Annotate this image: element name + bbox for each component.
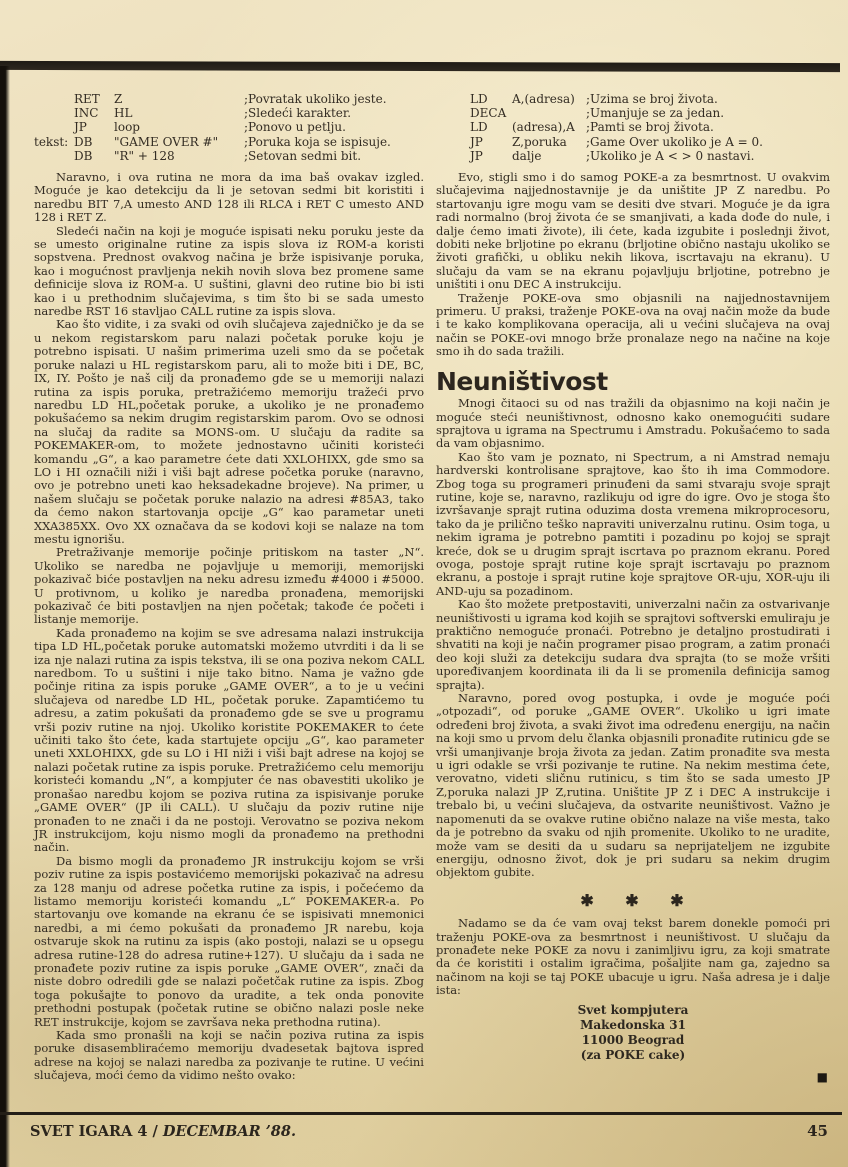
code-mnemonic: DECA bbox=[470, 106, 512, 120]
code-operand: dalje bbox=[512, 149, 586, 163]
binding-shadow-bar bbox=[0, 66, 10, 1167]
body-paragraph: Kao što vam je poznato, ni Spectrum, a n… bbox=[436, 451, 830, 598]
code-comment: ;Game Over ukoliko je A = 0. bbox=[586, 135, 830, 149]
top-rule bbox=[0, 61, 840, 72]
footer-issue-date: DECEMBAR ’88. bbox=[163, 1123, 296, 1140]
address-line: Svet kompjutera bbox=[436, 1003, 830, 1018]
code-operand bbox=[512, 106, 586, 120]
code-mnemonic: RET bbox=[74, 92, 114, 106]
body-paragraph: Naravno, i ova rutina ne mora da ima baš… bbox=[34, 171, 424, 225]
body-paragraph: Kao što možete pretpostaviti, univerzaln… bbox=[436, 598, 830, 692]
code-operand: "R" + 128 bbox=[114, 149, 244, 163]
code-row: DB "R" + 128 ;Setovan sedmi bit. bbox=[34, 149, 424, 163]
address-block: Svet kompjutera Makedonska 31 11000 Beog… bbox=[436, 1003, 830, 1063]
code-label bbox=[34, 149, 74, 163]
code-listing-right: LD A,(adresa) ;Uzima se broj života. DEC… bbox=[470, 92, 830, 163]
code-operand: Z,poruka bbox=[512, 135, 586, 149]
code-comment: ;Poruka koja se ispisuje. bbox=[244, 135, 424, 149]
code-label: tekst: bbox=[34, 135, 74, 149]
code-operand: A,(adresa) bbox=[512, 92, 586, 106]
code-row: LD (adresa),A ;Pamti se broj života. bbox=[470, 120, 830, 134]
right-column: LD A,(adresa) ;Uzima se broj života. DEC… bbox=[436, 86, 830, 1083]
address-line: 11000 Beograd bbox=[436, 1033, 830, 1048]
left-column: RET Z ;Povratak ukoliko jeste. INC HL ;S… bbox=[34, 86, 424, 1083]
code-comment: ;Sledeći karakter. bbox=[244, 106, 424, 120]
body-paragraph: Nadamo se da će vam ovaj tekst barem don… bbox=[436, 917, 830, 997]
code-mnemonic: JP bbox=[470, 135, 512, 149]
code-row: JP loop ;Ponovo u petlju. bbox=[34, 120, 424, 134]
code-operand: loop bbox=[114, 120, 244, 134]
code-row: LD A,(adresa) ;Uzima se broj života. bbox=[470, 92, 830, 106]
body-paragraph: Traženje POKE-ova smo objasnili na najje… bbox=[436, 292, 830, 359]
section-heading: Neuništivost bbox=[436, 375, 830, 388]
code-comment: ;Setovan sedmi bit. bbox=[244, 149, 424, 163]
footer: SVET IGARA 4 / DECEMBAR ’88. 45 bbox=[0, 1112, 848, 1140]
code-operand: Z bbox=[114, 92, 244, 106]
code-label bbox=[34, 120, 74, 134]
body-paragraph: Mnogi čitaoci su od nas tražili da objas… bbox=[436, 397, 830, 451]
code-mnemonic: LD bbox=[470, 92, 512, 106]
code-row: JP Z,poruka ;Game Over ukoliko je A = 0. bbox=[470, 135, 830, 149]
code-row: DECA ;Umanjuje se za jedan. bbox=[470, 106, 830, 120]
body-paragraph: Evo, stigli smo i do samog POKE-a za bes… bbox=[436, 171, 830, 292]
code-label bbox=[34, 106, 74, 120]
magazine-page: RET Z ;Povratak ukoliko jeste. INC HL ;S… bbox=[0, 0, 848, 1167]
code-mnemonic: INC bbox=[74, 106, 114, 120]
code-mnemonic: DB bbox=[74, 149, 114, 163]
code-row: RET Z ;Povratak ukoliko jeste. bbox=[34, 92, 424, 106]
code-comment: ;Ponovo u petlju. bbox=[244, 120, 424, 134]
body-paragraph: Pretraživanje memorije počinje pritiskom… bbox=[34, 546, 424, 626]
footer-row: SVET IGARA 4 / DECEMBAR ’88. 45 bbox=[0, 1115, 848, 1140]
code-mnemonic: DB bbox=[74, 135, 114, 149]
article-body: RET Z ;Povratak ukoliko jeste. INC HL ;S… bbox=[34, 86, 830, 1083]
body-paragraph: Da bismo mogli da pronađemo JR instrukci… bbox=[34, 855, 424, 1029]
code-comment: ;Ukoliko je A < > 0 nastavi. bbox=[586, 149, 830, 163]
body-paragraph: Kada smo pronašli na koji se način poziv… bbox=[34, 1029, 424, 1083]
footer-magazine-title: SVET IGARA 4 / DECEMBAR ’88. bbox=[30, 1123, 296, 1140]
separator-stars: ✱ ✱ ✱ bbox=[436, 894, 830, 907]
code-comment: ;Pamti se broj života. bbox=[586, 120, 830, 134]
code-listing-left: RET Z ;Povratak ukoliko jeste. INC HL ;S… bbox=[34, 92, 424, 163]
footer-magazine-name: SVET IGARA 4 / bbox=[30, 1123, 158, 1140]
body-paragraph: Naravno, pored ovog postupka, i ovde je … bbox=[436, 692, 830, 880]
code-comment: ;Uzima se broj života. bbox=[586, 92, 830, 106]
footer-page-number: 45 bbox=[807, 1122, 828, 1140]
body-paragraph: Sledeći način na koji je moguće ispisati… bbox=[34, 225, 424, 319]
end-of-article-marker: ■ bbox=[436, 1071, 830, 1083]
code-mnemonic: JP bbox=[470, 149, 512, 163]
address-line: (za POKE cake) bbox=[436, 1048, 830, 1063]
code-mnemonic: LD bbox=[470, 120, 512, 134]
code-row: JP dalje ;Ukoliko je A < > 0 nastavi. bbox=[470, 149, 830, 163]
code-operand: HL bbox=[114, 106, 244, 120]
code-comment: ;Umanjuje se za jedan. bbox=[586, 106, 830, 120]
code-label bbox=[34, 92, 74, 106]
body-paragraph: Kada pronađemo na kojim se sve adresama … bbox=[34, 627, 424, 855]
code-comment: ;Povratak ukoliko jeste. bbox=[244, 92, 424, 106]
code-row: tekst: DB "GAME OVER #" ;Poruka koja se … bbox=[34, 135, 424, 149]
code-row: INC HL ;Sledeći karakter. bbox=[34, 106, 424, 120]
code-operand: "GAME OVER #" bbox=[114, 135, 244, 149]
address-line: Makedonska 31 bbox=[436, 1018, 830, 1033]
code-operand: (adresa),A bbox=[512, 120, 586, 134]
code-mnemonic: JP bbox=[74, 120, 114, 134]
body-paragraph: Kao što vidite, i za svaki od ovih sluča… bbox=[34, 318, 424, 546]
